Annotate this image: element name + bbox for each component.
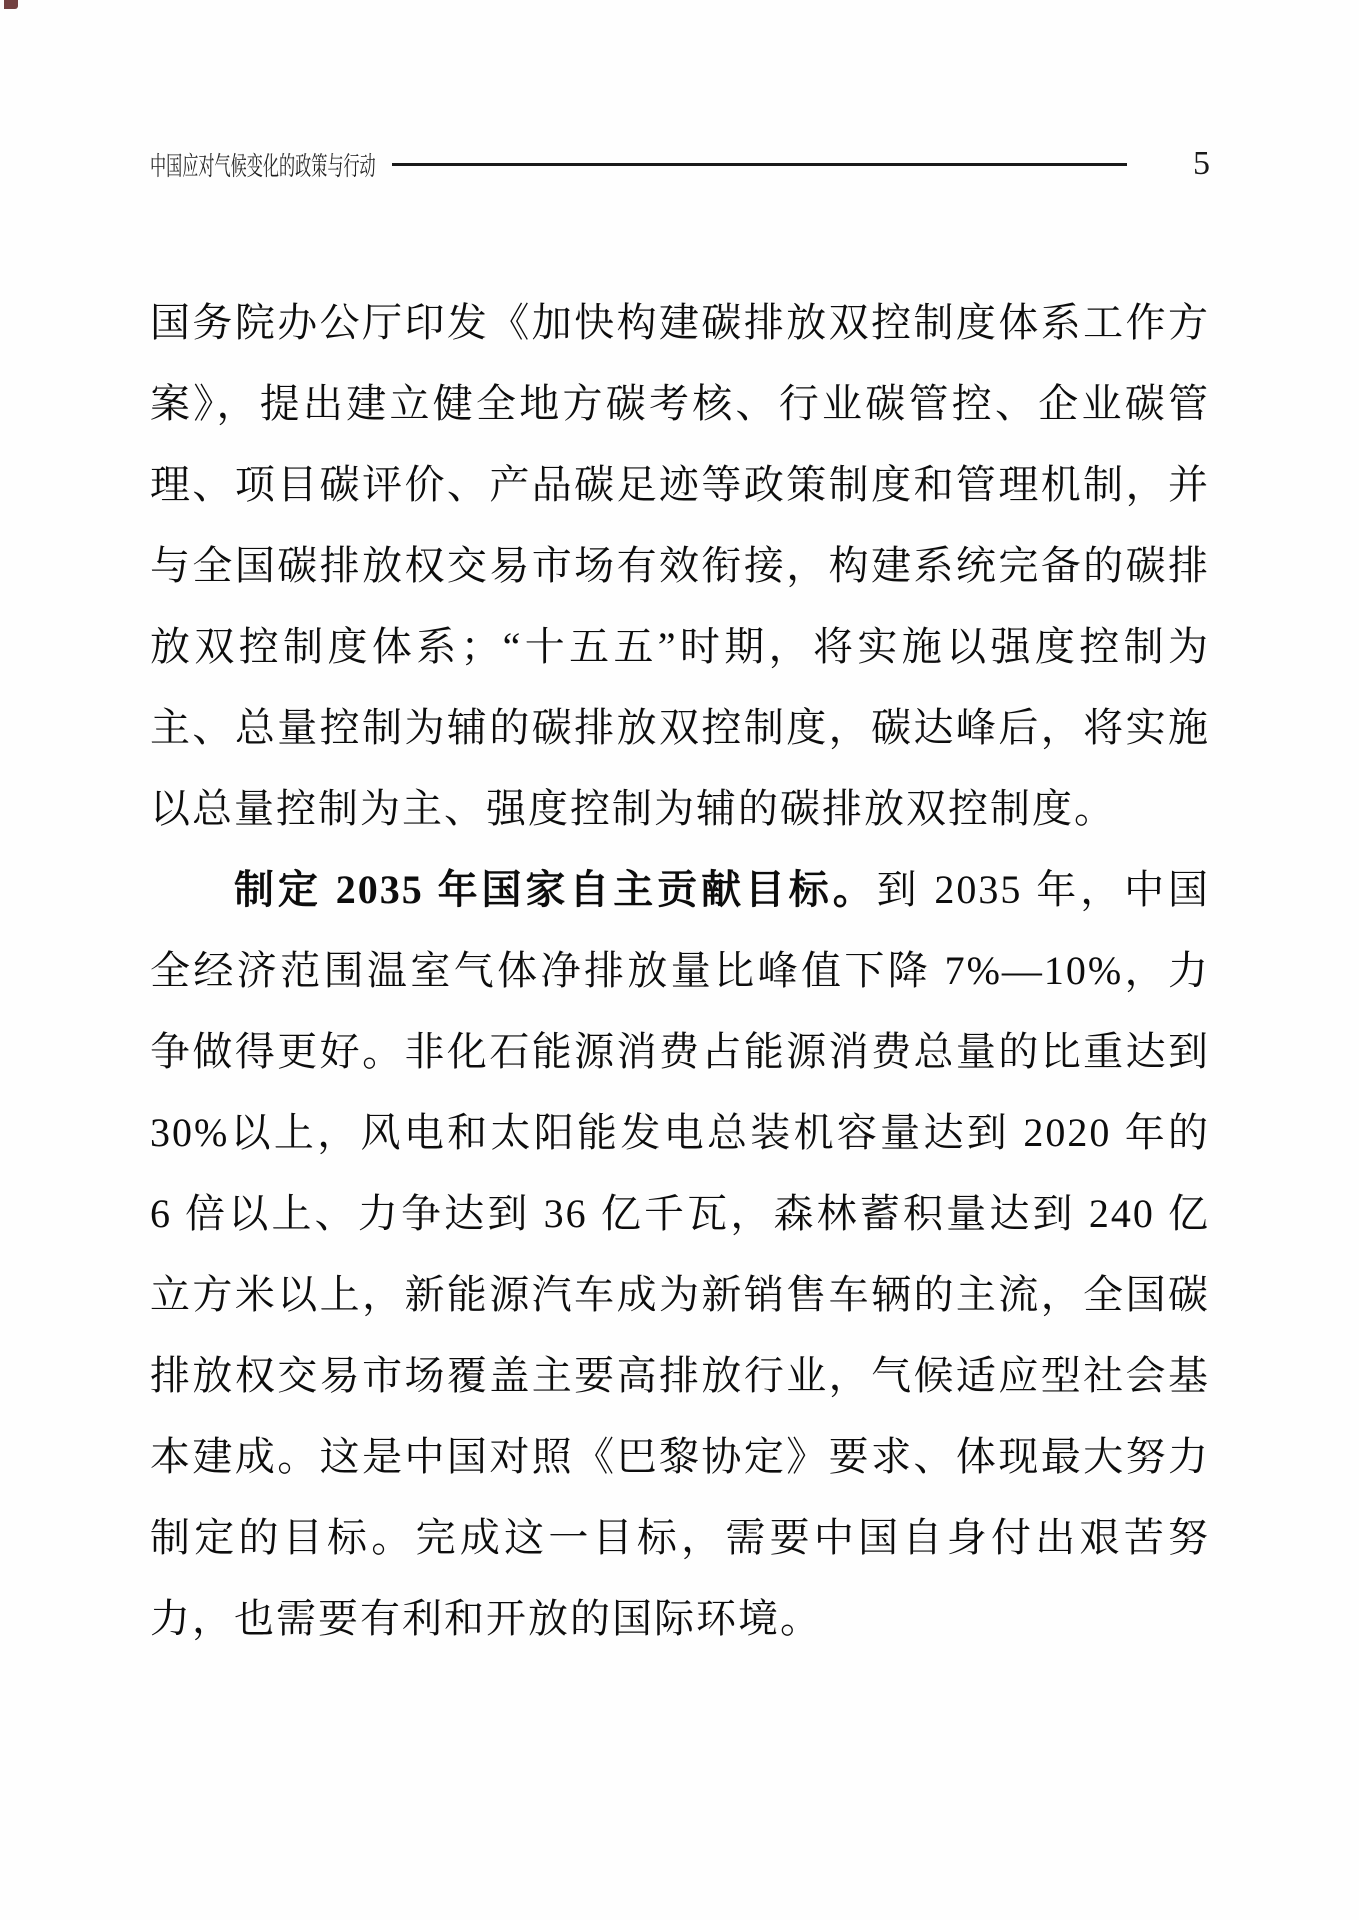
page-header: 中国应对气候变化的政策与行动 5	[0, 138, 1359, 190]
page-number: 5	[1193, 147, 1210, 181]
header-rule	[392, 163, 1127, 166]
paragraph-2: 制定 2035 年国家自主贡献目标。到 2035 年，中国全经济范围温室气体净排…	[150, 849, 1210, 1659]
header-title-wrap: 中国应对气候变化的政策与行动	[150, 146, 384, 183]
paragraph-2-text: 到 2035 年，中国全经济范围温室气体净排放量比峰值下降 7%—10%，力争做…	[150, 867, 1210, 1641]
document-page: 中国应对气候变化的政策与行动 5 国务院办公厅印发《加快构建碳排放双控制度体系工…	[0, 0, 1359, 1920]
header-title: 中国应对气候变化的政策与行动	[150, 146, 376, 183]
paragraph-2-lead: 制定 2035 年国家自主贡献目标。	[234, 867, 877, 912]
page-body: 国务院办公厅印发《加快构建碳排放双控制度体系工作方案》，提出建立健全地方碳考核、…	[0, 282, 1359, 1659]
paragraph-1: 国务院办公厅印发《加快构建碳排放双控制度体系工作方案》，提出建立健全地方碳考核、…	[150, 282, 1210, 849]
scan-artifact	[4, 0, 18, 9]
